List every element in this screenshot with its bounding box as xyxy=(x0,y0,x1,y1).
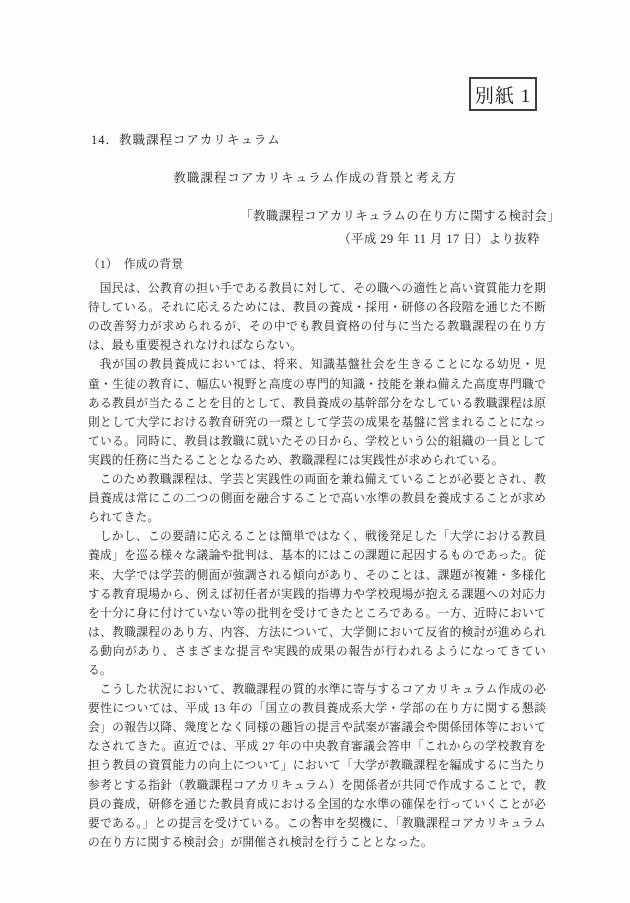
body-paragraph-4: しかし、この要請に応えることは簡単ではなく、戦後発足した「大学における教員養成」… xyxy=(88,527,546,680)
page-number: 1 xyxy=(0,811,630,826)
source-reference-line2: （平成 29 年 11 月 17 日）より抜粋 xyxy=(0,228,630,251)
document-title: 教職課程コアカリキュラム作成の背景と考え方 xyxy=(0,168,630,186)
source-reference-line1: 「教職課程コアカリキュラムの在り方に関する検討会」 xyxy=(0,205,630,228)
attachment-label-box: 別紙 1 xyxy=(469,77,537,111)
body-paragraph-5: こうした状況において、教職課程の質的水準に寄与するコアカリキュラム作成の必要性に… xyxy=(88,680,546,852)
body-paragraph-1: 国民は、公教育の担い手である教員に対して、その職への適性と高い資質能力を期待して… xyxy=(88,279,546,355)
body-paragraph-3: このため教職課程は、学芸と実践性の両面を兼ね備えていることが必要とされ、教員養成… xyxy=(88,470,546,527)
document-body: （1） 作成の背景 国民は、公教育の担い手である教員に対して、その職への適性と高… xyxy=(88,255,546,852)
section-heading: （1） 作成の背景 xyxy=(88,255,546,274)
source-reference: 「教職課程コアカリキュラムの在り方に関する検討会」 （平成 29 年 11 月 … xyxy=(0,205,630,251)
document-page: 別紙 1 14．教職課程コアカリキュラム 教職課程コアカリキュラム作成の背景と考… xyxy=(0,0,630,903)
section-number-line: 14．教職課程コアカリキュラム xyxy=(91,130,281,148)
body-paragraph-2: 我が国の教員養成においては、将来、知識基盤社会を生きることになる幼児・児童・生徒… xyxy=(88,355,546,470)
